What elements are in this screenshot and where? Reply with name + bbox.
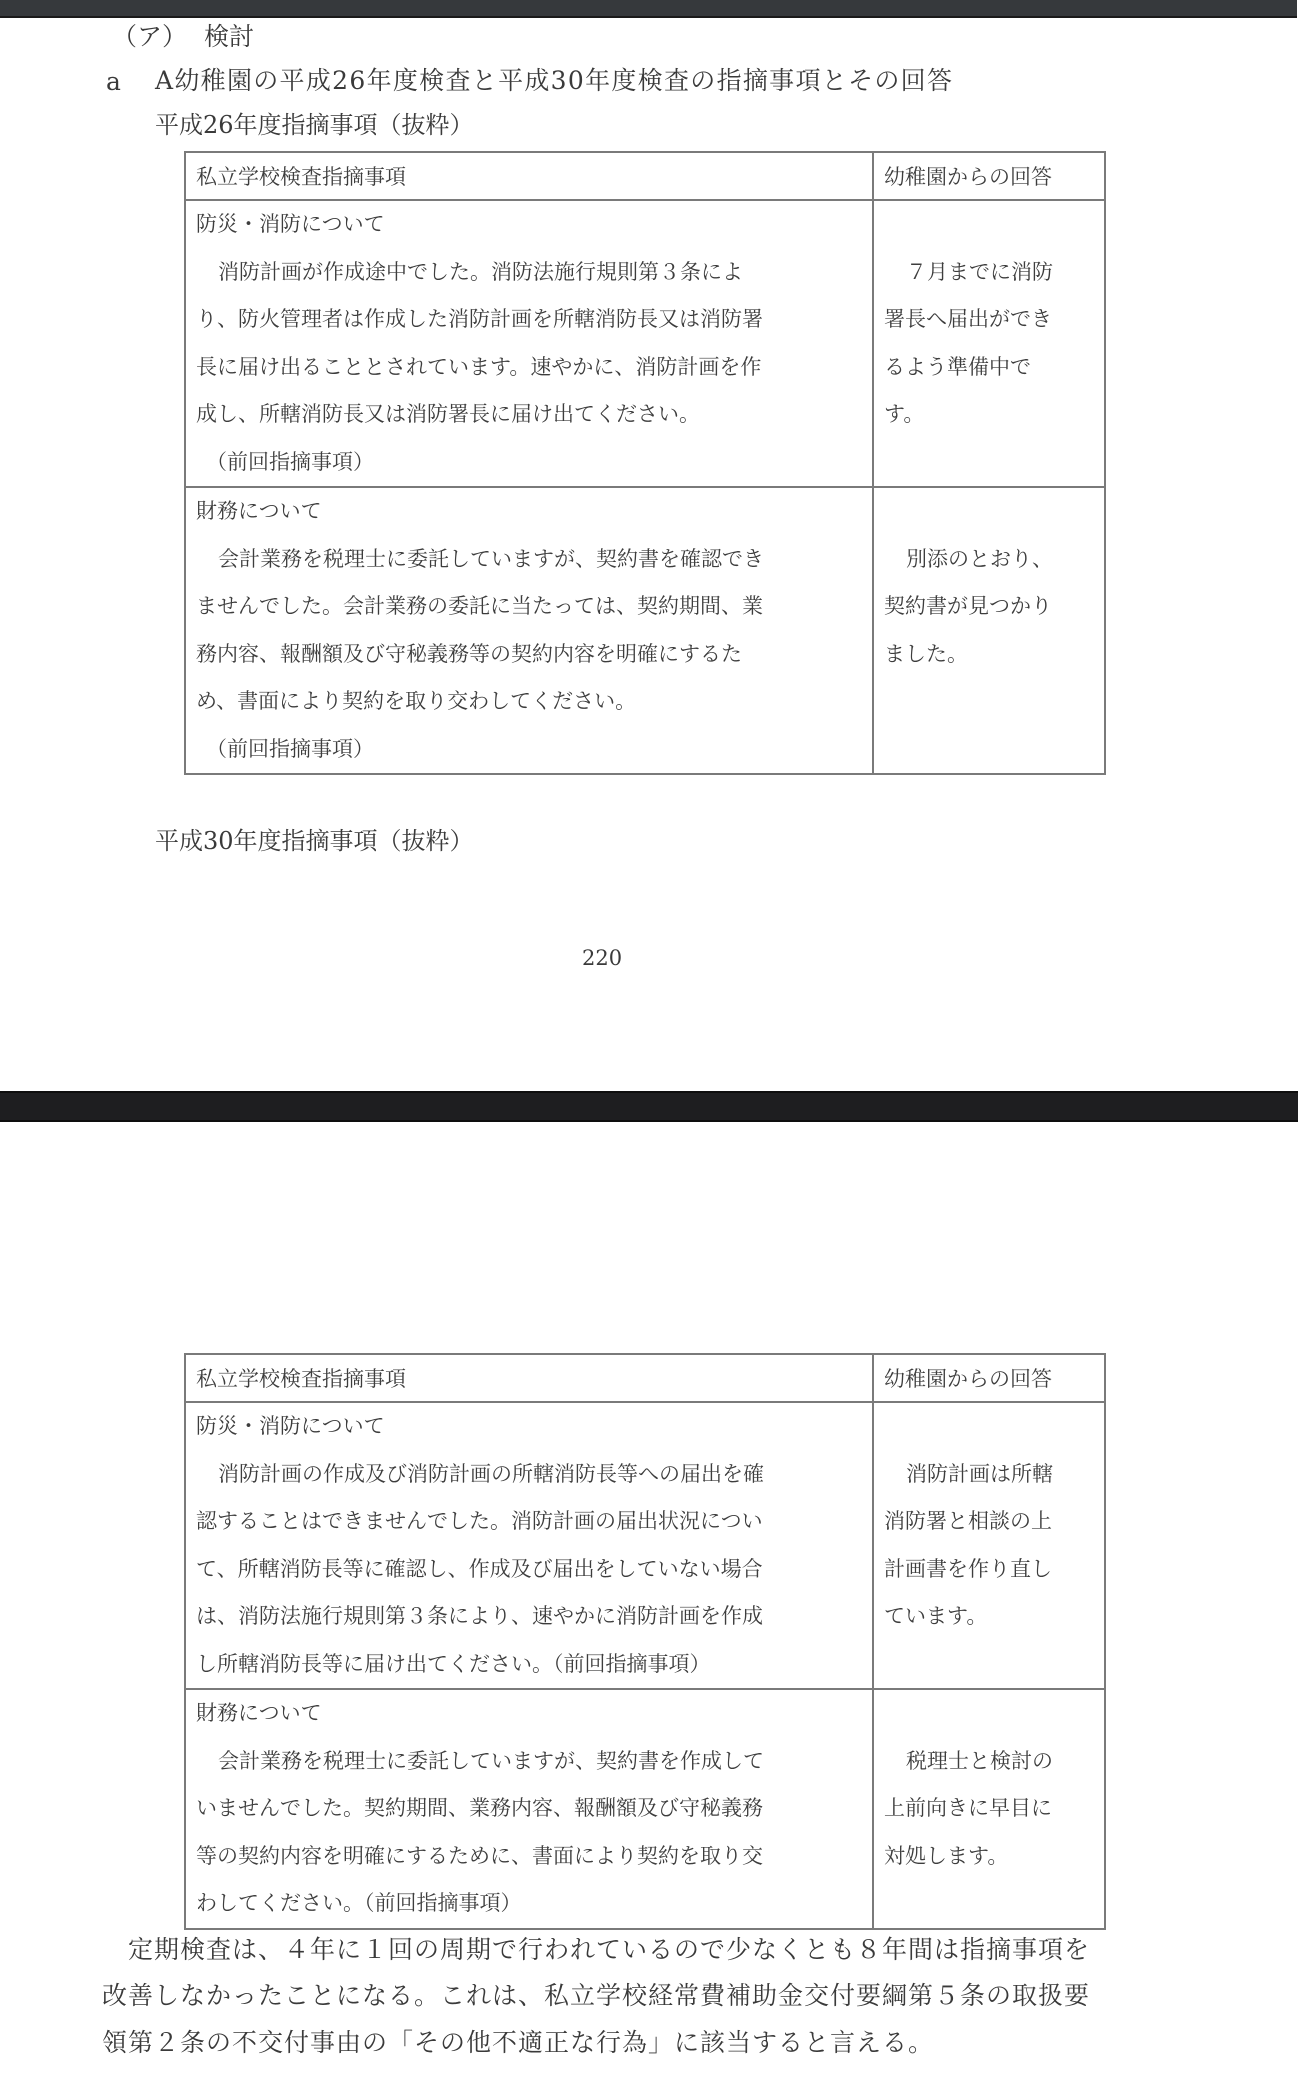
section-title: 検討 [204, 24, 254, 49]
response-text-line: 署長へ届出ができ [884, 296, 1094, 344]
table-row: 防災・消防について 消防計画の作成及び消防計画の所轄消防長等への届出を確 認する… [185, 1402, 1105, 1689]
response-text-line: す。 [884, 391, 1094, 439]
response-text-line: ７月までに消防 [884, 249, 1094, 297]
finding-text-line: り、防火管理者は作成した消防計画を所轄消防長又は消防署 [196, 296, 862, 344]
response-text-line: 計画書を作り直し [884, 1546, 1094, 1594]
finding-text-line: は、消防法施行規則第３条により、速やかに消防計画を作成 [196, 1593, 862, 1641]
page-separator-bar [0, 1091, 1298, 1122]
finding-text-line: 成し、所轄消防長又は消防署長に届け出てください。 [196, 391, 862, 439]
finding-category: 防災・消防について [196, 1403, 862, 1451]
previous-finding-note: （前回指摘事項） [196, 726, 862, 774]
finding-text-line: 長に届け出ることとされています。速やかに、消防計画を作 [196, 344, 862, 392]
table-row: 財務について 会計業務を税理士に委託していますが、契約書を確認でき ませんでした… [185, 487, 1105, 774]
findings-table-h30: 私立学校検査指摘事項 幼稚園からの回答 防災・消防について 消防計画の作成及び消… [184, 1353, 1106, 1930]
finding-text-line: て、所轄消防長等に確認し、作成及び届出をしていない場合 [196, 1546, 862, 1594]
table-header-row: 私立学校検査指摘事項 幼稚園からの回答 [185, 152, 1105, 200]
finding-text-line: し所轄消防長等に届け出てください。（前回指摘事項） [196, 1641, 862, 1689]
response-text-line: 対処します。 [884, 1833, 1094, 1881]
response-text-line: 消防署と相談の上 [884, 1498, 1094, 1546]
conclusion-line: 改善しなかったことになる。これは、私立学校経常費補助金交付要綱第５条の取扱要 [102, 1983, 1090, 2008]
conclusion-line: 領第２条の不交付事由の「その他不適正な行為」に該当すると言える。 [102, 2030, 934, 2055]
response-text-line: るよう準備中で [884, 344, 1094, 392]
table-row: 財務について 会計業務を税理士に委託していますが、契約書を作成して いませんでし… [185, 1689, 1105, 1929]
item-marker: a [106, 69, 121, 94]
response-text-line: 契約書が見つかり [884, 583, 1094, 631]
response-cell: 別添のとおり、 契約書が見つかり ました。 [873, 487, 1105, 774]
response-text-line: ています。 [884, 1593, 1094, 1641]
finding-text-line: 会計業務を税理士に委託していますが、契約書を作成して [196, 1738, 862, 1786]
finding-text-line: ませんでした。会計業務の委託に当たっては、契約期間、業 [196, 583, 862, 631]
finding-cell: 防災・消防について 消防計画が作成途中でした。消防法施行規則第３条によ り、防火… [185, 200, 873, 487]
column-header-findings: 私立学校検査指摘事項 [185, 1354, 873, 1402]
finding-category: 財務について [196, 1690, 862, 1738]
response-text-line: 別添のとおり、 [884, 536, 1094, 584]
finding-cell: 防災・消防について 消防計画の作成及び消防計画の所轄消防長等への届出を確 認する… [185, 1402, 873, 1689]
table2-caption: 平成30年度指摘事項（抜粋） [155, 829, 474, 853]
section-marker: （ア） [112, 24, 187, 49]
table1-caption: 平成26年度指摘事項（抜粋） [155, 113, 474, 137]
response-cell: 税理士と検討の 上前向きに早目に 対処します。 [873, 1689, 1105, 1929]
column-header-response: 幼稚園からの回答 [873, 1354, 1105, 1402]
finding-text-line: いませんでした。契約期間、業務内容、報酬額及び守秘義務 [196, 1785, 862, 1833]
item-heading: A幼稚園の平成26年度検査と平成30年度検査の指摘事項とその回答 [155, 68, 953, 93]
response-text-line: 消防計画は所轄 [884, 1451, 1094, 1499]
column-header-findings: 私立学校検査指摘事項 [185, 152, 873, 200]
response-text-line: 税理士と検討の [884, 1738, 1094, 1786]
finding-text-line: わしてください。（前回指摘事項） [196, 1880, 862, 1928]
conclusion-line: 定期検査は、４年に１回の周期で行われているので少なくとも８年間は指摘事項を [128, 1937, 1090, 1962]
finding-category: 防災・消防について [196, 201, 862, 249]
table-header-row: 私立学校検査指摘事項 幼稚園からの回答 [185, 1354, 1105, 1402]
response-text-line: ました。 [884, 631, 1094, 679]
findings-table-h26: 私立学校検査指摘事項 幼稚園からの回答 防災・消防について 消防計画が作成途中で… [184, 151, 1106, 775]
finding-category: 財務について [196, 488, 862, 536]
finding-text-line: 消防計画の作成及び消防計画の所轄消防長等への届出を確 [196, 1451, 862, 1499]
finding-text-line: 会計業務を税理士に委託していますが、契約書を確認でき [196, 536, 862, 584]
finding-text-line: 務内容、報酬額及び守秘義務等の契約内容を明確にするた [196, 631, 862, 679]
finding-cell: 財務について 会計業務を税理士に委託していますが、契約書を作成して いませんでし… [185, 1689, 873, 1929]
column-header-response: 幼稚園からの回答 [873, 152, 1105, 200]
response-cell: 消防計画は所轄 消防署と相談の上 計画書を作り直し ています。 [873, 1402, 1105, 1689]
finding-text-line: 認することはできませんでした。消防計画の届出状況につい [196, 1498, 862, 1546]
previous-finding-note: （前回指摘事項） [196, 439, 862, 487]
response-cell: ７月までに消防 署長へ届出ができ るよう準備中で す。 [873, 200, 1105, 487]
page-number: 220 [582, 948, 622, 969]
page-top-edge-bar [0, 0, 1297, 18]
finding-text-line: 等の契約内容を明確にするために、書面により契約を取り交 [196, 1833, 862, 1881]
finding-cell: 財務について 会計業務を税理士に委託していますが、契約書を確認でき ませんでした… [185, 487, 873, 774]
finding-text-line: 消防計画が作成途中でした。消防法施行規則第３条によ [196, 249, 862, 297]
finding-text-line: め、書面により契約を取り交わしてください。 [196, 678, 862, 726]
table-row: 防災・消防について 消防計画が作成途中でした。消防法施行規則第３条によ り、防火… [185, 200, 1105, 487]
response-text-line: 上前向きに早目に [884, 1785, 1094, 1833]
